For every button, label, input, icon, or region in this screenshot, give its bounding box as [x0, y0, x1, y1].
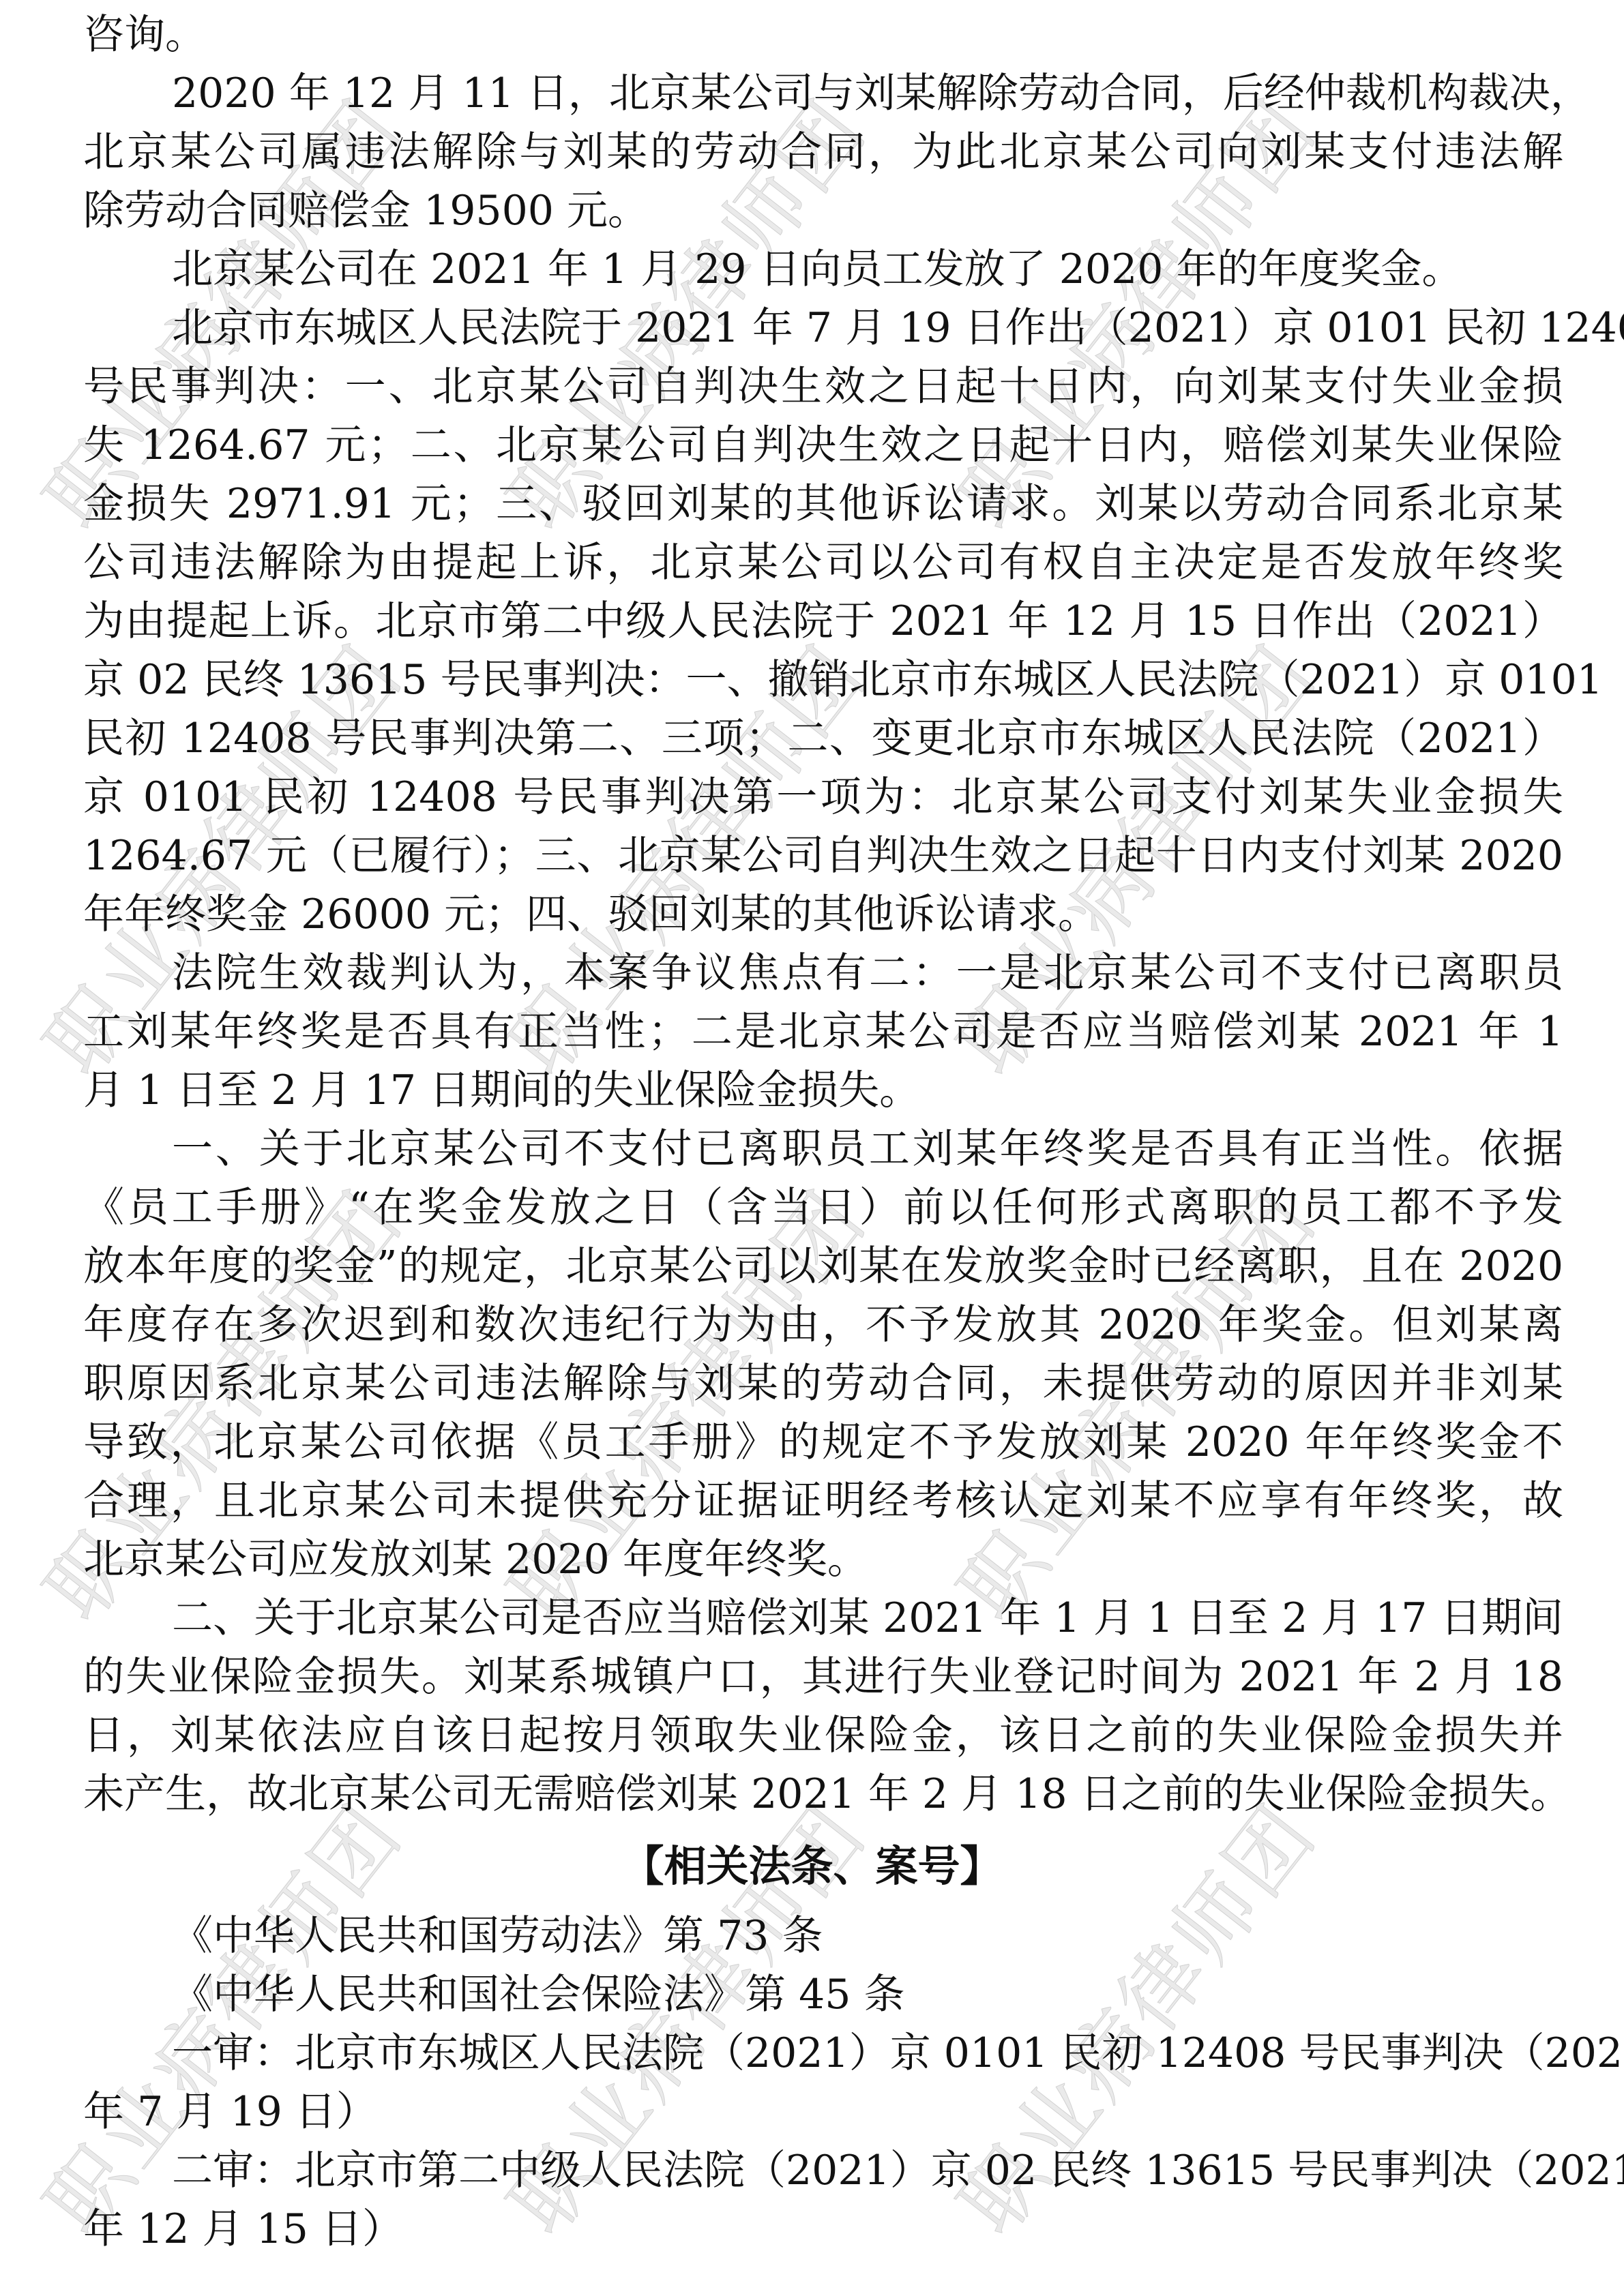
text-line: 放本年度的奖金”的规定，北京某公司以刘某在发放奖金时已经离职，且在 2020 [83, 1237, 1563, 1296]
text-line: 年度存在多次迟到和数次违纪行为为由，不予发放其 2020 年奖金。但刘某离 [83, 1296, 1563, 1354]
text-line: 合理，且北京某公司未提供充分证据证明经考核认定刘某不应享有年终奖，故 [83, 1472, 1563, 1530]
text-line: 未产生，故北京某公司无需赔偿刘某 2021 年 2 月 18 日之前的失业保险金… [83, 1765, 1563, 1823]
text-line: 失 1264.67 元；二、北京某公司自判决生效之日起十日内，赔偿刘某失业保险 [83, 416, 1563, 475]
text-line: 京 02 民终 13615 号民事判决：一、撤销北京市东城区人民法院（2021）… [83, 651, 1563, 709]
text-line: 的失业保险金损失。刘某系城镇户口，其进行失业登记时间为 2021 年 2 月 1… [83, 1648, 1563, 1706]
text-line: 一审：北京市东城区人民法院（2021）京 0101 民初 12408 号民事判决… [172, 2024, 1563, 2083]
text-line: 导致，北京某公司依据《员工手册》的规定不予发放刘某 2020 年年终奖金不 [83, 1413, 1563, 1472]
text-line: 法院生效裁判认为，本案争议焦点有二：一是北京某公司不支付已离职员 [172, 944, 1563, 1002]
text-line: 年 7 月 19 日） [83, 2083, 1563, 2141]
text-line: 北京某公司应发放刘某 2020 年度年终奖。 [83, 1530, 1563, 1589]
text-line: 日，刘某依法应自该日起按月领取失业保险金，该日之前的失业保险金损失并 [83, 1706, 1563, 1765]
text-line: 北京市东城区人民法院于 2021 年 7 月 19 日作出（2021）京 010… [172, 299, 1563, 357]
text-line: 《中华人民共和国社会保险法》第 45 条 [172, 1965, 1563, 2024]
text-line: 公司违法解除为由提起上诉，北京某公司以公司有权自主决定是否发放年终奖 [83, 533, 1563, 592]
text-line: 民初 12408 号民事判决第二、三项；二、变更北京市东城区人民法院（2021） [83, 709, 1563, 768]
text-line: 为由提起上诉。北京市第二中级人民法院于 2021 年 12 月 15 日作出（2… [83, 592, 1563, 651]
text-line: 工刘某年终奖是否具有正当性；二是北京某公司是否应当赔偿刘某 2021 年 1 [83, 1002, 1563, 1061]
text-line: 2020 年 12 月 11 日，北京某公司与刘某解除劳动合同，后经仲裁机构裁决… [172, 64, 1563, 123]
text-line: 除劳动合同赔偿金 19500 元。 [83, 181, 1563, 240]
text-line: 咨询。 [83, 5, 1563, 64]
text-line: 《中华人民共和国劳动法》第 73 条 [172, 1907, 1563, 1965]
text-line: 职原因系北京某公司违法解除与刘某的劳动合同，未提供劳动的原因并非刘某 [83, 1354, 1563, 1413]
text-line: 号民事判决：一、北京某公司自判决生效之日起十日内，向刘某支付失业金损 [83, 357, 1563, 416]
text-line: 二、关于北京某公司是否应当赔偿刘某 2021 年 1 月 1 日至 2 月 17… [172, 1589, 1563, 1648]
section-heading: 【相关法条、案号】 [0, 1836, 1624, 1897]
text-line: 二审：北京市第二中级人民法院（2021）京 02 民终 13615 号民事判决（… [172, 2141, 1563, 2200]
text-line: 1264.67 元（已履行）；三、北京某公司自判决生效之日起十日内支付刘某 20… [83, 826, 1563, 885]
text-line: 一、关于北京某公司不支付已离职员工刘某年终奖是否具有正当性。依据 [172, 1120, 1563, 1178]
text-line: 年年终奖金 26000 元；四、驳回刘某的其他诉讼请求。 [83, 885, 1563, 944]
text-line: 北京某公司属违法解除与刘某的劳动合同，为此北京某公司向刘某支付违法解 [83, 123, 1563, 181]
text-line: 年 12 月 15 日） [83, 2200, 1563, 2258]
text-line: 金损失 2971.91 元；三、驳回刘某的其他诉讼请求。刘某以劳动合同系北京某 [83, 475, 1563, 533]
document-page: 职业病律师团职业病律师团职业病律师团职业病律师团职业病律师团职业病律师团职业病律… [0, 0, 1624, 2296]
text-line: 京 0101 民初 12408 号民事判决第一项为：北京某公司支付刘某失业金损失 [83, 768, 1563, 826]
text-line: 《员工手册》“在奖金发放之日（含当日）前以任何形式离职的员工都不予发 [83, 1178, 1563, 1237]
text-line: 北京某公司在 2021 年 1 月 29 日向员工发放了 2020 年的年度奖金… [172, 240, 1563, 299]
text-line: 月 1 日至 2 月 17 日期间的失业保险金损失。 [83, 1061, 1563, 1120]
